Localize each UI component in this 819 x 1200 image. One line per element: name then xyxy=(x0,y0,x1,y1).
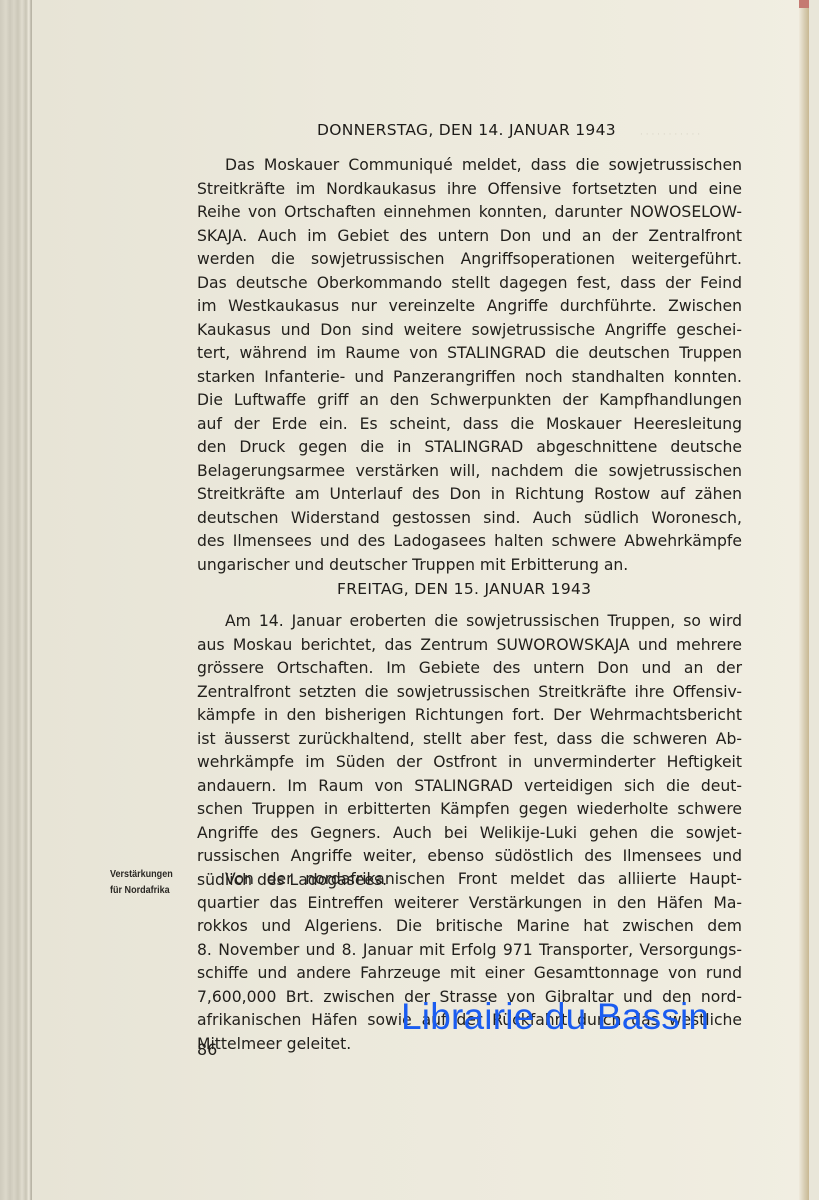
text-line: Das Moskauer Communiqué meldet, dass die… xyxy=(197,154,742,178)
text-line: Streitkräfte im Nordkaukasus ihre Offens… xyxy=(197,178,742,202)
heading-text: DONNERSTAG, DEN 14. JANUAR 1943 xyxy=(317,121,616,139)
text-line: Zentralfront setzten die sowjetrussische… xyxy=(197,681,742,705)
page-right-edge xyxy=(799,0,809,1200)
text-line: ungarischer und deutscher Truppen mit Er… xyxy=(197,554,742,578)
text-line: rokkos und Algeriens. Die britische Mari… xyxy=(197,915,742,939)
text-line: Die Luftwaffe griff an den Schwerpunkten… xyxy=(197,389,742,413)
text-line: Reihe von Ortschaften einnehmen konnten,… xyxy=(197,201,742,225)
heading-text: FREITAG, DEN 15. JANUAR 1943 xyxy=(337,580,591,598)
text-line: schiffe und andere Fahrzeuge mit einer G… xyxy=(197,962,742,986)
text-line: schen Truppen in erbitterten Kämpfen geg… xyxy=(197,798,742,822)
text-line: tert, während im Raume von STALINGRAD di… xyxy=(197,342,742,366)
page-number: 86 xyxy=(197,1040,217,1059)
show-through-text: · · · · · · · · · · · xyxy=(640,130,700,140)
margin-note-line: Verstärkungen xyxy=(110,866,173,882)
paragraph-section-1: Das Moskauer Communiqué meldet, dass die… xyxy=(197,154,742,577)
text-line: wehrkämpfe im Süden der Ostfront in unve… xyxy=(197,751,742,775)
text-line: aus Moskau berichtet, das Zentrum SUWORO… xyxy=(197,634,742,658)
text-line: grössere Ortschaften. Im Gebiete des unt… xyxy=(197,657,742,681)
text-line: im Westkaukasus nur vereinzelte Angriffe… xyxy=(197,295,742,319)
text-line: quartier das Eintreffen weiterer Verstär… xyxy=(197,892,742,916)
text-line: des Ilmensees und des Ladogasees halten … xyxy=(197,530,742,554)
text-line: den Druck gegen die in STALINGRAD abgesc… xyxy=(197,436,742,460)
text-line: SKAJA. Auch im Gebiet des untern Don und… xyxy=(197,225,742,249)
text-line: auf der Erde ein. Es scheint, dass die M… xyxy=(197,413,742,437)
paragraph-section-2a: Am 14. Januar eroberten die sowjetrussis… xyxy=(197,610,742,892)
text-line: starken Infanterie- und Panzerangriffen … xyxy=(197,366,742,390)
text-line: werden die sowjetrussischen Angriffsoper… xyxy=(197,248,742,272)
text-line: ist äusserst zurückhaltend, stellt aber … xyxy=(197,728,742,752)
text-line: russischen Angriffe weiter, ebenso südös… xyxy=(197,845,742,869)
margin-note-line: für Nordafrika xyxy=(110,882,173,898)
watermark: Librairie du Bassin xyxy=(401,996,709,1038)
text-line: Angriffe des Gegners. Auch bei Welikije-… xyxy=(197,822,742,846)
text-line: deutschen Widerstand gestossen sind. Auc… xyxy=(197,507,742,531)
text-line: Von der nordafrikanischen Front meldet d… xyxy=(197,868,742,892)
text-line: Kaukasus und Don sind weitere sowjetruss… xyxy=(197,319,742,343)
text-line: kämpfe in den bisherigen Richtungen fort… xyxy=(197,704,742,728)
text-line: Das deutsche Oberkommando stellt dagegen… xyxy=(197,272,742,296)
margin-note: Verstärkungen für Nordafrika xyxy=(110,866,173,898)
text-line: 8. November und 8. Januar mit Erfolg 971… xyxy=(197,939,742,963)
text-line: Am 14. Januar eroberten die sowjetrussis… xyxy=(197,610,742,634)
text-line: Belagerungsarmee verstärken will, nachde… xyxy=(197,460,742,484)
text-line: andauern. Im Raum von STALINGRAD verteid… xyxy=(197,775,742,799)
page-stack-edge xyxy=(0,0,32,1200)
text-line: Streitkräfte am Unterlauf des Don in Ric… xyxy=(197,483,742,507)
